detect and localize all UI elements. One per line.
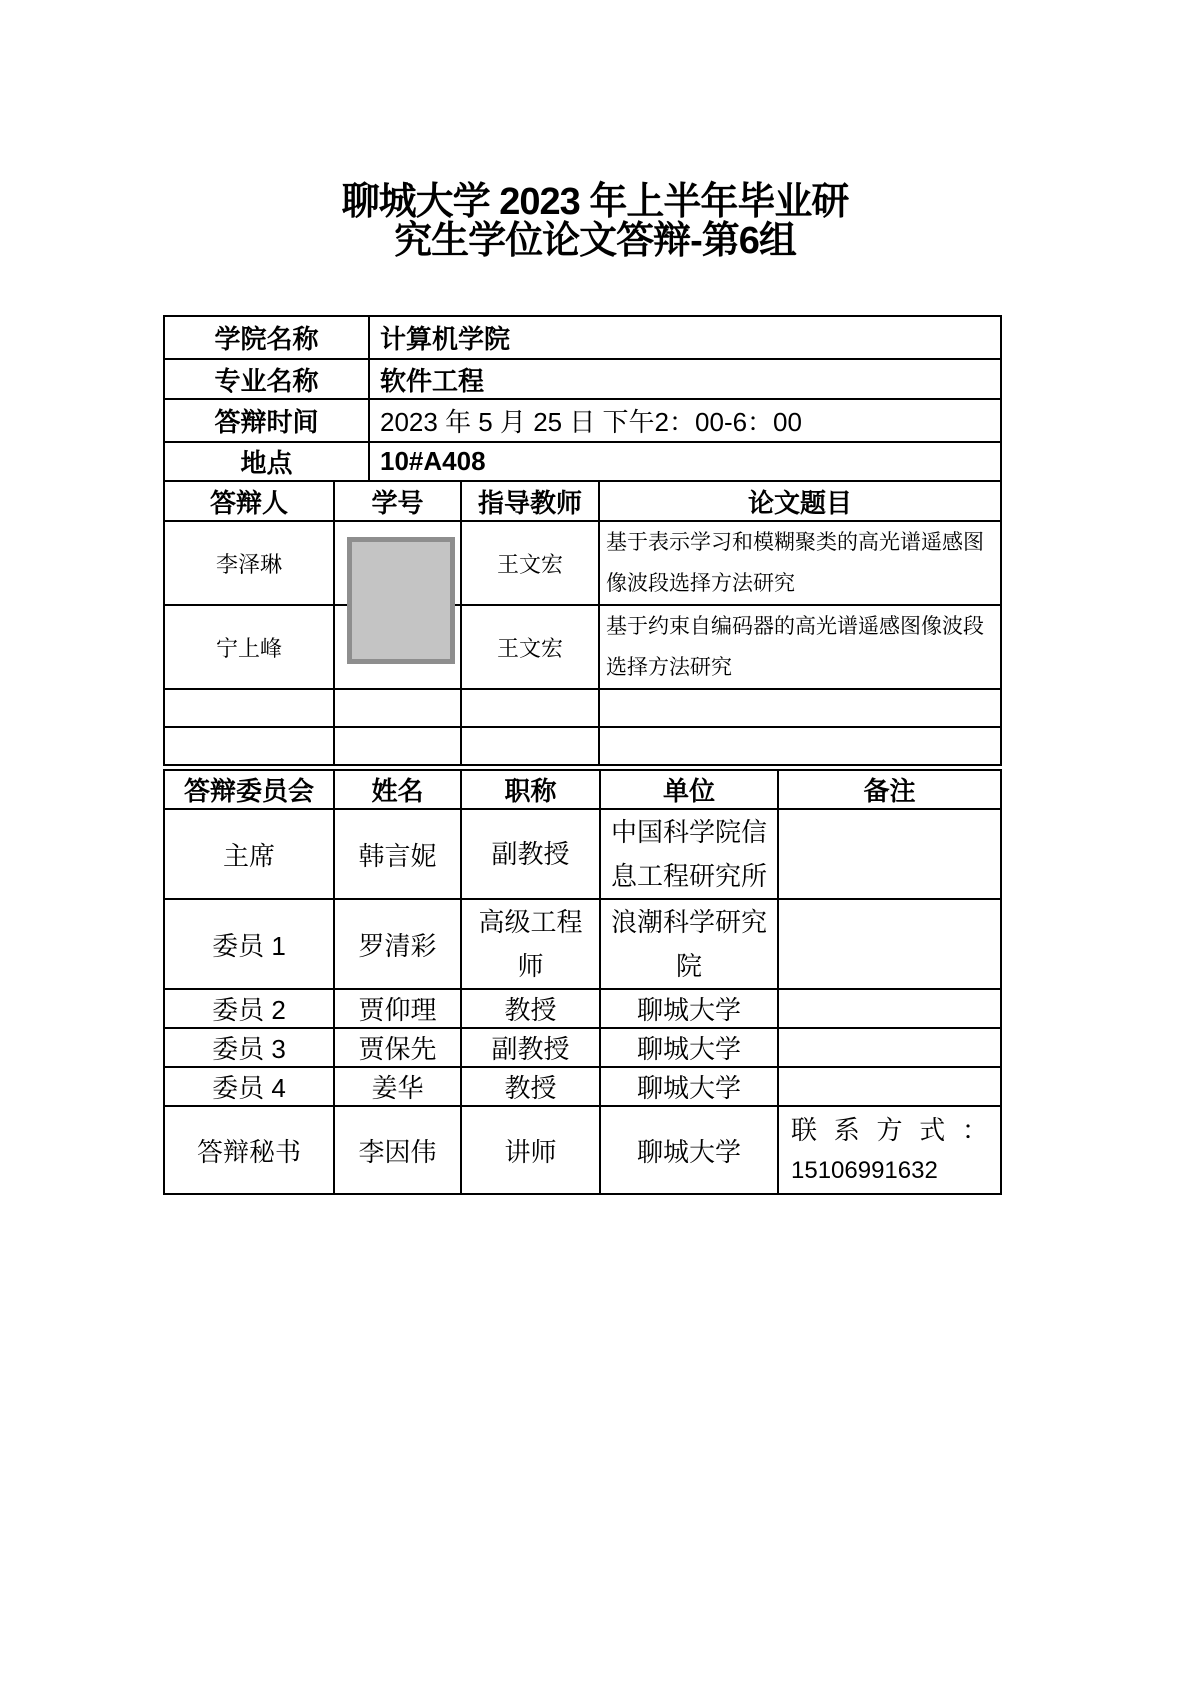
info-label-college: 学院名称 [164, 316, 369, 359]
committee-note [778, 899, 1001, 989]
committee-organization: 中国科学院信息工程研究所 [600, 809, 778, 899]
student-id-redaction-box [347, 537, 455, 664]
student-id-cell [334, 727, 461, 765]
defense-row: 李泽琳 王文宏 基于表示学习和模糊聚类的高光谱遥感图像波段选择方法研究 [164, 521, 1001, 605]
defense-header-advisor: 指导教师 [461, 481, 599, 521]
info-value-college: 计算机学院 [369, 316, 1001, 359]
thesis-title [599, 727, 1001, 765]
committee-title: 高级工程师 [461, 899, 600, 989]
advisor-name [461, 689, 599, 727]
committee-role: 答辩秘书 [164, 1106, 334, 1194]
defense-header-thesis: 论文题目 [599, 481, 1001, 521]
committee-row-member-4: 委员 4 姜华 教授 聊城大学 [164, 1067, 1001, 1106]
committee-name: 姜华 [334, 1067, 461, 1106]
info-row: 地点 10#A408 [164, 442, 1001, 481]
committee-organization: 聊城大学 [600, 1028, 778, 1067]
tables-container: 学院名称 计算机学院 专业名称 软件工程 答辩时间 2023 年 5 月 25 … [163, 315, 1000, 1195]
committee-name: 李因伟 [334, 1106, 461, 1194]
committee-title: 教授 [461, 989, 600, 1028]
info-value-location: 10#A408 [369, 442, 1001, 481]
info-row: 答辩时间 2023 年 5 月 25 日 下午2：00-6：00 [164, 399, 1001, 442]
committee-header-note: 备注 [778, 770, 1001, 809]
committee-role: 主席 [164, 809, 334, 899]
info-label-location: 地点 [164, 442, 369, 481]
committee-organization: 浪潮科学研究院 [600, 899, 778, 989]
defendant-name: 宁上峰 [164, 605, 334, 689]
advisor-name: 王文宏 [461, 605, 599, 689]
committee-role: 委员 4 [164, 1067, 334, 1106]
committee-header-name: 姓名 [334, 770, 461, 809]
contact-phone-number: 15106991632 [791, 1151, 988, 1191]
advisor-name: 王文宏 [461, 521, 599, 605]
committee-organization: 聊城大学 [600, 1106, 778, 1194]
committee-note [778, 1028, 1001, 1067]
committee-header-role: 答辩委员会 [164, 770, 334, 809]
committee-role: 委员 2 [164, 989, 334, 1028]
committee-note [778, 809, 1001, 899]
info-value-major: 软件工程 [369, 359, 1001, 399]
committee-organization: 聊城大学 [600, 989, 778, 1028]
contact-label: 联 系 方 式 ： [791, 1109, 988, 1151]
defense-table: 答辩人 学号 指导教师 论文题目 李泽琳 王文宏 基于表示学习和模糊聚类的高光谱… [163, 480, 1002, 766]
advisor-name [461, 727, 599, 765]
defendant-name [164, 727, 334, 765]
committee-role: 委员 3 [164, 1028, 334, 1067]
info-row: 专业名称 软件工程 [164, 359, 1001, 399]
page-title-line-1: 聊城大学 2023 年上半年毕业研 [25, 183, 1165, 222]
defense-row: 宁上峰 王文宏 基于约束自编码器的高光谱遥感图像波段选择方法研究 [164, 605, 1001, 689]
committee-header-row: 答辩委员会 姓名 职称 单位 备注 [164, 770, 1001, 809]
committee-row-member-1: 委员 1 罗清彩 高级工程师 浪潮科学研究院 [164, 899, 1001, 989]
committee-name: 罗清彩 [334, 899, 461, 989]
committee-row-member-2: 委员 2 贾仰理 教授 聊城大学 [164, 989, 1001, 1028]
committee-organization: 聊城大学 [600, 1067, 778, 1106]
thesis-title: 基于约束自编码器的高光谱遥感图像波段选择方法研究 [599, 605, 1001, 689]
secretary-contact-cell: 联 系 方 式 ： 15106991632 [778, 1106, 1001, 1194]
info-table: 学院名称 计算机学院 专业名称 软件工程 答辩时间 2023 年 5 月 25 … [163, 315, 1002, 482]
info-value-time: 2023 年 5 月 25 日 下午2：00-6：00 [369, 399, 1001, 442]
committee-table: 答辩委员会 姓名 职称 单位 备注 主席 韩言妮 副教授 中国科学院信息工程研究… [163, 769, 1002, 1195]
info-label-major: 专业名称 [164, 359, 369, 399]
info-row: 学院名称 计算机学院 [164, 316, 1001, 359]
committee-title: 副教授 [461, 1028, 600, 1067]
defendant-name [164, 689, 334, 727]
committee-name: 贾仰理 [334, 989, 461, 1028]
committee-header-title: 职称 [461, 770, 600, 809]
committee-role: 委员 1 [164, 899, 334, 989]
committee-title: 副教授 [461, 809, 600, 899]
defendant-name: 李泽琳 [164, 521, 334, 605]
defense-empty-row [164, 727, 1001, 765]
committee-name: 贾保先 [334, 1028, 461, 1067]
page-title-line-2: 究生学位论文答辩-第6组 [25, 222, 1165, 261]
document-page: 聊城大学 2023 年上半年毕业研 究生学位论文答辩-第6组 学院名称 计算机学… [0, 0, 1190, 1683]
student-id-cell [334, 689, 461, 727]
committee-row-member-3: 委员 3 贾保先 副教授 聊城大学 [164, 1028, 1001, 1067]
thesis-title [599, 689, 1001, 727]
committee-row-chair: 主席 韩言妮 副教授 中国科学院信息工程研究所 [164, 809, 1001, 899]
committee-note [778, 1067, 1001, 1106]
committee-name: 韩言妮 [334, 809, 461, 899]
committee-title: 教授 [461, 1067, 600, 1106]
info-label-time: 答辩时间 [164, 399, 369, 442]
page-title: 聊城大学 2023 年上半年毕业研 究生学位论文答辩-第6组 [25, 183, 1165, 261]
committee-title: 讲师 [461, 1106, 600, 1194]
defense-empty-row [164, 689, 1001, 727]
defense-header-defendant: 答辩人 [164, 481, 334, 521]
committee-note [778, 989, 1001, 1028]
committee-row-secretary: 答辩秘书 李因伟 讲师 聊城大学 联 系 方 式 ： 15106991632 [164, 1106, 1001, 1194]
defense-header-row: 答辩人 学号 指导教师 论文题目 [164, 481, 1001, 521]
thesis-title: 基于表示学习和模糊聚类的高光谱遥感图像波段选择方法研究 [599, 521, 1001, 605]
committee-header-organization: 单位 [600, 770, 778, 809]
defense-header-student-id: 学号 [334, 481, 461, 521]
